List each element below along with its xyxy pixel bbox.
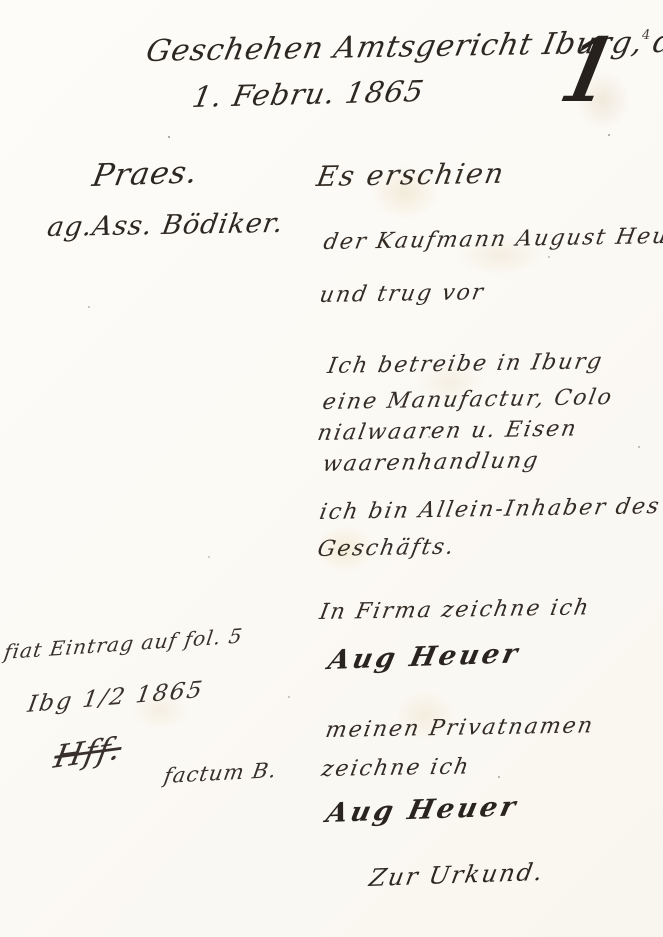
private-name-intro-line: zeichne ich <box>320 754 473 782</box>
corner-mark: 4 <box>642 28 650 43</box>
firm-signature: Aug Heuer <box>325 638 523 676</box>
statement-paragraph1-line: Ich betreibe in Iburg <box>326 349 606 379</box>
appearer-name-line: der Kaufmann August Heuer <box>322 224 663 255</box>
statement-paragraph1-line: waarenhandlung <box>321 448 542 477</box>
closing-formula: Zur Urkund. <box>367 858 547 892</box>
factum-note: factum B. <box>162 758 279 788</box>
header-date-line: 1. Febru. 1865 <box>190 74 427 114</box>
statement-paragraph1-line: nialwaaren u. Eisen <box>316 416 580 446</box>
firm-signing-intro: In Firma zeichne ich <box>318 595 593 625</box>
presiding-official-name: ag.Ass. Bödiker. <box>45 208 286 243</box>
margin-date-note: Ibg 1/2 1865 <box>26 677 206 718</box>
protocol-opening: Es erschien <box>314 157 508 193</box>
private-name-intro-line: meinen Privatnamen <box>324 713 597 743</box>
clerk-initials-monogram: Hff. <box>51 729 125 776</box>
statement-paragraph2-line: ich bin Allein-Inhaber des <box>318 494 663 525</box>
statement-paragraph2-line: Geschäfts. <box>316 535 458 562</box>
margin-entry-note: fiat Eintrag auf fol. 5 <box>3 624 245 664</box>
manuscript-page: Geschehen Amtsgericht Iburg, den 1 4 1. … <box>0 0 663 937</box>
praesens-heading: Praes. <box>90 154 201 194</box>
private-signature: Aug Heuer <box>323 791 521 829</box>
ink-specks <box>168 136 170 138</box>
statement-paragraph1-line: eine Manufactur, Colo <box>321 385 616 415</box>
statement-intro: und trug vor <box>318 280 487 308</box>
